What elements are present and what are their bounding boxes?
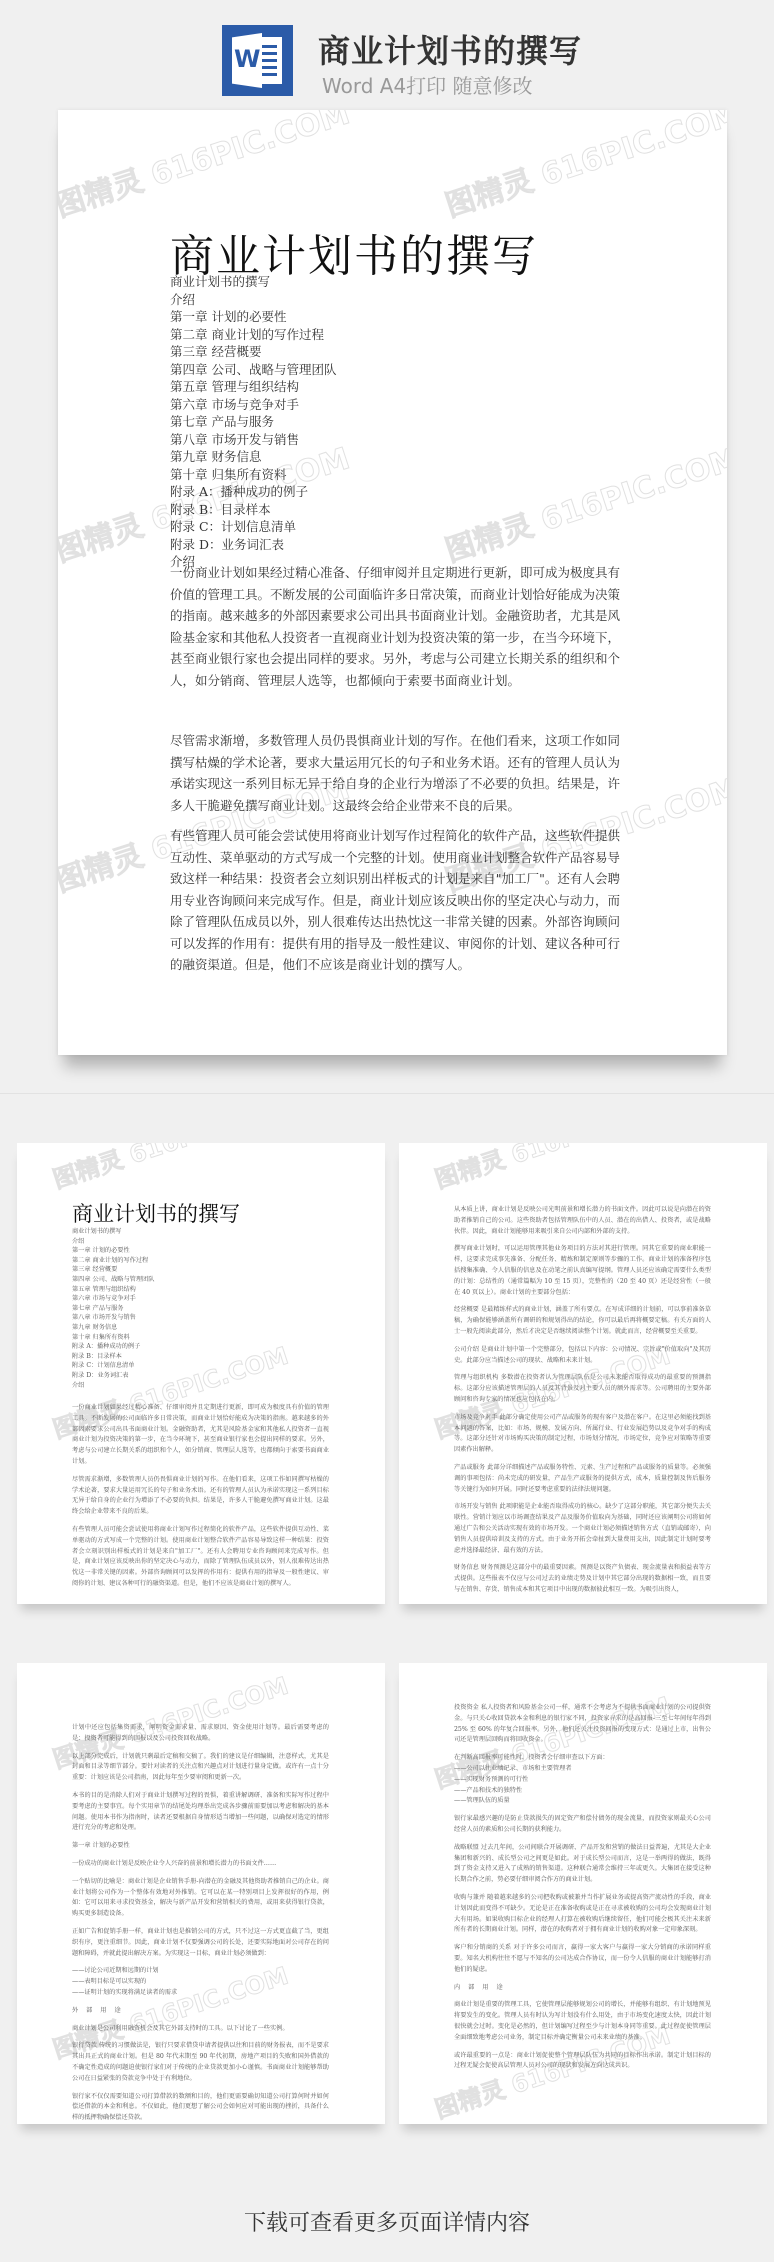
toc-item: 附录 C：计划信息清单 bbox=[72, 1361, 154, 1371]
paragraph: 有些管理人员可能会尝试使用将商业计划写作过程简化的软件产品，这些软件提供互动性、… bbox=[72, 1525, 329, 1590]
toc-item: 第二章 商业计划的写作过程 bbox=[170, 326, 336, 344]
toc-item: 第一章 计划的必要性 bbox=[170, 308, 336, 326]
paragraph: 公司介绍 是商业计划中第一个完整部分，包括以下内容：公司情况、宗旨或"价值取向"… bbox=[454, 1345, 711, 1367]
table-of-contents: 商业计划书的撰写 介绍 第一章 计划的必要性 第二章 商业计划的写作过程 第三章… bbox=[170, 273, 336, 571]
watermark: 图精灵 616PIC.COM bbox=[430, 1143, 674, 1195]
page-thumbnail-4[interactable]: 图精灵 616PIC.COM 图精灵 616PIC.COM 投资资金 私人投资者… bbox=[399, 1663, 767, 2124]
toc-item: 商业计划书的撰写 bbox=[170, 273, 336, 291]
toc-item: 附录 A：播种成功的例子 bbox=[72, 1342, 154, 1352]
paragraph: 有些管理人员可能会尝试使用将商业计划写作过程简化的软件产品，这些软件提供互动性、… bbox=[170, 825, 620, 976]
toc-item: 第七章 产品与服务 bbox=[72, 1304, 154, 1314]
paragraph: 撰写商业计划时，可以运用管理其他业务项目的方法对其进行管理。同其它重要的商业职能… bbox=[454, 1244, 711, 1298]
toc-item: 第六章 市场与竞争对手 bbox=[72, 1294, 154, 1304]
paragraph: 商业计划是重要的管理工具，它使管理层能够规划公司的增长，并能够有组织、有计划地预… bbox=[454, 2000, 711, 2043]
page-subtitle: Word A4打印 随意修改 bbox=[322, 70, 533, 99]
word-document-icon: W bbox=[222, 25, 293, 96]
watermark: 图精灵 616PIC.COM bbox=[48, 1143, 292, 1195]
paragraph: 一份成功的商业计划是反映企业令人兴奋的前景和增长潜力的书面文件…… bbox=[72, 1859, 329, 1870]
paragraph: 银行贷款 传统的习惯做法是，银行只要求借贷申请者提供以往和目前的财务报表，而不是… bbox=[72, 2041, 329, 2084]
chapter-heading: 第一章 计划的必要性 bbox=[72, 1841, 329, 1852]
toc-item: 介绍 bbox=[170, 291, 336, 309]
toc-item: 第九章 财务信息 bbox=[170, 448, 336, 466]
paragraph: 一个贴切的比喻是：商业计划是企业销售手册-向潜在的金融及其他资助者推销自己的企业… bbox=[72, 1877, 329, 1920]
toc-item: 第十章 归集所有资料 bbox=[72, 1333, 154, 1343]
page-title: 商业计划书的撰写 bbox=[318, 26, 582, 72]
bullet-item: ——管理队伍的质量 bbox=[454, 1796, 711, 1807]
toc-item: 第十章 归集所有资料 bbox=[170, 466, 336, 484]
paragraph: 产品或服务 此部分详细描述产品或服务特性、元素、生产过程和产品或服务的质量等。必… bbox=[454, 1463, 711, 1495]
paragraph: 一份商业计划如果经过精心准备、仔细审阅并且定期进行更新，即可成为极度具有价值的管… bbox=[72, 1403, 329, 1468]
paragraph: 正如广告和促销手册一样，商业计划也是推销公司的方式，只不过这一方式更直截了当，更… bbox=[72, 1927, 329, 1959]
thumbnail-body: 从本质上讲，商业计划是反映公司光明前景和增长潜力的书面文件。因此可以说是向潜在的… bbox=[454, 1205, 711, 1603]
thumbnail-toc: 商业计划书的撰写 介绍 第一章 计划的必要性 第二章 商业计划的写作过程 第三章… bbox=[72, 1227, 154, 1390]
bullet-item: ——证明计划的实现将满足读者的需求 bbox=[72, 1988, 329, 1999]
paragraph: 计划中还应包括集资需求，阐明资金需求量、需求原因、资金使用计划等。最后需要考虑的… bbox=[72, 1723, 329, 1745]
paragraph: 市场开发与销售 此项职能是企业能否取得成功的核心。缺少了这部分职能，其它部分便失… bbox=[454, 1502, 711, 1556]
paragraph: 战略联盟 过去几年间，公司间联合开展调研、产品开发和营销的做法日益普遍，尤其是大… bbox=[454, 1843, 711, 1886]
page-thumbnail-2[interactable]: 图精灵 616PIC.COM 图精灵 616PIC.COM 从本质上讲，商业计划… bbox=[399, 1143, 767, 1604]
thumbnail-body: 一份商业计划如果经过精心准备、仔细审阅并且定期进行更新，即可成为极度具有价值的管… bbox=[72, 1403, 329, 1597]
page-thumbnail-3[interactable]: 图精灵 616PIC.COM 图精灵 616PIC.COM 计划中还应包括集资需… bbox=[17, 1663, 385, 2124]
paragraph: 银行家不仅仅需要知道公司打算借款的数额和目的，他们更需要确切知道公司打算何时并如… bbox=[72, 2092, 329, 2124]
section-heading: 外 部 用 途 bbox=[72, 2006, 329, 2017]
bullet-item: ——讨论公司近期和远期的计划 bbox=[72, 1966, 329, 1977]
toc-item: 第五章 管理与组织结构 bbox=[72, 1285, 154, 1295]
toc-item: 第四章 公司、战略与管理团队 bbox=[72, 1275, 154, 1285]
paragraph: 尽管需求渐增，多数管理人员仍畏惧商业计划的写作。在他们看来，这项工作如同撰写枯燥… bbox=[170, 730, 620, 816]
toc-item: 第三章 经营概要 bbox=[72, 1265, 154, 1275]
paragraph: 商业计划是公司利用融资机会及其它外部支持时的工具。以下讨论了一些实例。 bbox=[72, 2024, 329, 2035]
toc-item: 第三章 经营概要 bbox=[170, 343, 336, 361]
toc-item: 附录 D：业务词汇表 bbox=[72, 1371, 154, 1381]
toc-item: 附录 B：目录样本 bbox=[72, 1352, 154, 1362]
section-divider bbox=[0, 1093, 774, 1094]
section-heading: 内 部 用 途 bbox=[454, 1983, 711, 1994]
paragraph: 投资资金 私人投资者和风险基金公司一样，通常不会考虑为不提供书面商业计划的公司提… bbox=[454, 1703, 711, 1746]
toc-item: 第九章 财务信息 bbox=[72, 1323, 154, 1333]
paragraph: 经营概要 是最精练样式的商业计划，涵盖了所有要点。在写成详细的计划前，可以事前准… bbox=[454, 1305, 711, 1337]
paragraph: 或许最重要的一点是：商业计划促使整个管理层队伍为共同的目标作出承诺。制定计划目标… bbox=[454, 2051, 711, 2073]
bullet-item: ——表明目标是可以实现的 bbox=[72, 1977, 329, 1988]
toc-item: 第八章 市场开发与销售 bbox=[72, 1313, 154, 1323]
bullet-item: ——产品和技术的独特性 bbox=[454, 1786, 711, 1797]
toc-item: 第四章 公司、战略与管理团队 bbox=[170, 361, 336, 379]
toc-item: 第二章 商业计划的写作过程 bbox=[72, 1256, 154, 1266]
toc-item: 附录 A：播种成功的例子 bbox=[170, 483, 336, 501]
paragraph: 尽管需求渐增，多数管理人员仍畏惧商业计划的写作。在他们看来，这项工作如同撰写枯燥… bbox=[72, 1475, 329, 1518]
paragraph: 一份商业计划如果经过精心准备、仔细审阅并且定期进行更新，即可成为极度具有价值的管… bbox=[170, 562, 620, 691]
bullet-item: ——实现财务预测的可行性 bbox=[454, 1775, 711, 1786]
toc-item: 介绍 bbox=[72, 1237, 154, 1247]
page-thumbnail-1[interactable]: 图精灵 616PIC.COM 图精灵 616PIC.COM 商业计划书的撰写 商… bbox=[17, 1143, 385, 1604]
watermark: 图精灵 616PIC.COM bbox=[439, 434, 727, 571]
watermark: 图精灵 616PIC.COM bbox=[439, 110, 727, 225]
bullet-item: ——公司以往业绩记录、市场和主要管理者 bbox=[454, 1764, 711, 1775]
toc-item: 介绍 bbox=[72, 1381, 154, 1391]
paragraph: 客户和分销商的关系 对于许多公司而言，赢得一家大客户与赢得一家大分销商的承诺同样… bbox=[454, 1943, 711, 1975]
main-document-page: 图精灵 616PIC.COM 图精灵 616PIC.COM 图精灵 616PIC… bbox=[58, 110, 727, 1055]
toc-item: 第一章 计划的必要性 bbox=[72, 1246, 154, 1256]
paragraph: 市场及竞争对手 此部分确定使用公司产品或服务的现有客户及潜在客户。在这里必须能找… bbox=[454, 1413, 711, 1456]
toc-item: 附录 B：目录样本 bbox=[170, 501, 336, 519]
toc-item: 附录 D：业务词汇表 bbox=[170, 536, 336, 554]
toc-item: 第七章 产品与服务 bbox=[170, 413, 336, 431]
toc-item: 商业计划书的撰写 bbox=[72, 1227, 154, 1237]
word-letter: W bbox=[234, 45, 260, 73]
thumbnail-body: 计划中还应包括集资需求，阐明资金需求量、需求原因、资金使用计划等。最后需要考虑的… bbox=[72, 1723, 329, 2124]
download-prompt[interactable]: 下载可查看更多页面详情内容 bbox=[0, 2206, 774, 2237]
watermark: 图精灵 616PIC.COM bbox=[58, 110, 354, 225]
paragraph: 本书的目的是消除人们对于商业计划撰写过程的畏惧，着重讲解调研、准备和实际写作过程… bbox=[72, 1791, 329, 1834]
paragraph: 在判断高回报率可能性时，投资者会仔细审查以下方面： bbox=[454, 1753, 711, 1764]
paragraph: 从本质上讲，商业计划是反映公司光明前景和增长潜力的书面文件。因此可以说是向潜在的… bbox=[454, 1205, 711, 1237]
thumbnail-body: 投资资金 私人投资者和风险基金公司一样，通常不会考虑为不提供书面商业计划的公司提… bbox=[454, 1703, 711, 2079]
paragraph: 收购与兼并 随着越来越多的公司把收购或被兼并当作扩展业务或提高资产流动性的手段，… bbox=[454, 1893, 711, 1936]
toc-item: 附录 C：计划信息清单 bbox=[170, 518, 336, 536]
paragraph: 银行家最感兴趣的是防止贷款损失的固定资产和偿付债务的现金流量，而投资家则最关心公… bbox=[454, 1814, 711, 1836]
paragraph: 财务信息 财务预测是这部分中的最重要因素。预测是以资产负债表、现金流量表和损益表… bbox=[454, 1563, 711, 1595]
paragraph: 以上部分完成后，计划就只剩最后定稿和交稿了。我们的建议是仔细编辑，注意样式，尤其… bbox=[72, 1752, 329, 1784]
paragraph: 管理与组织机构 多数潜在投资者认为管理层队伍是公司未来能否取得成功的最重要的预测… bbox=[454, 1373, 711, 1405]
toc-item: 第八章 市场开发与销售 bbox=[170, 431, 336, 449]
thumbnail-title: 商业计划书的撰写 bbox=[72, 1198, 240, 1228]
toc-item: 第六章 市场与竞争对手 bbox=[170, 396, 336, 414]
header: W 商业计划书的撰写 Word A4打印 随意修改 bbox=[0, 0, 774, 110]
toc-item: 第五章 管理与组织结构 bbox=[170, 378, 336, 396]
